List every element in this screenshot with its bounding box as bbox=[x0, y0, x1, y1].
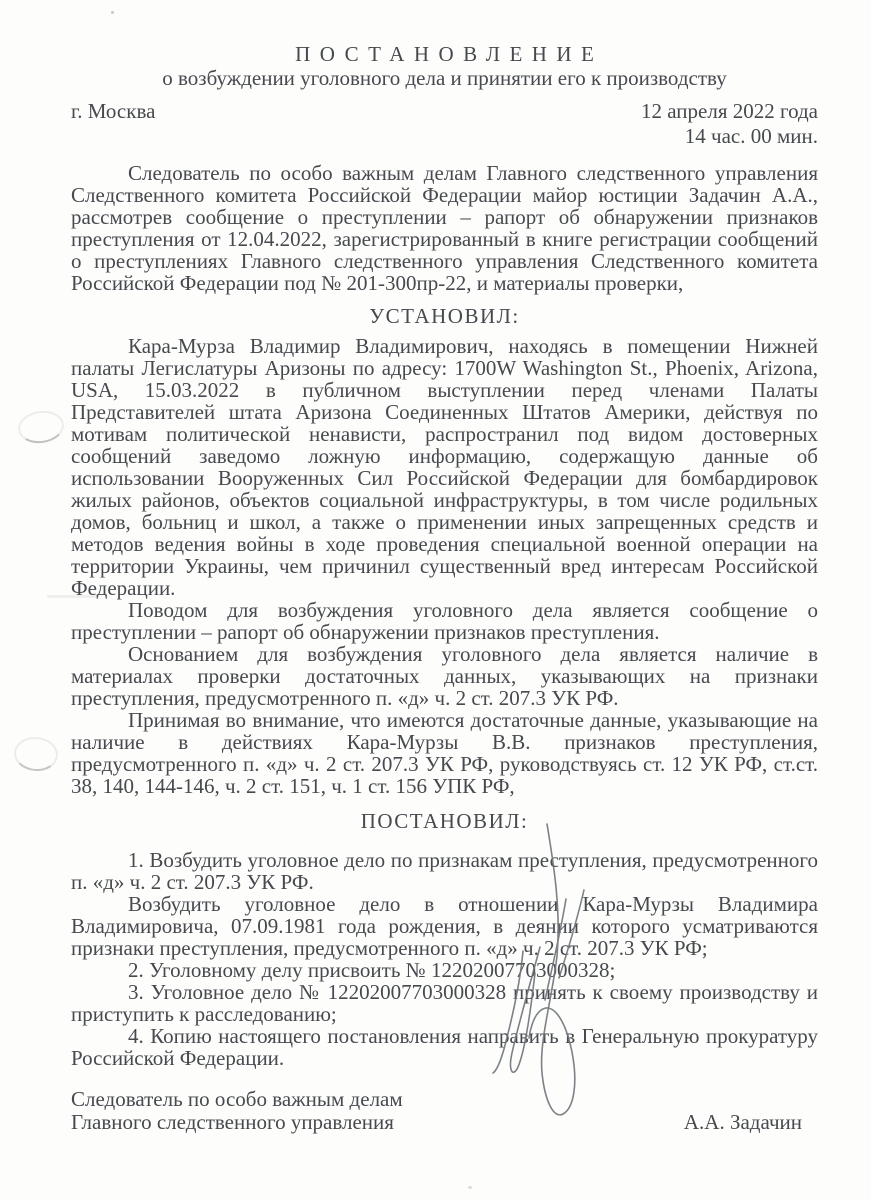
resolved-item: 4. Копию настоящего постановления направ… bbox=[71, 1025, 818, 1069]
signature-stroke bbox=[559, 890, 584, 978]
section-heading-established: УСТАНОВИЛ: bbox=[71, 305, 818, 327]
scan-speck-artifact bbox=[468, 1186, 472, 1189]
section-heading-resolved: ПОСТАНОВИЛ: bbox=[71, 810, 818, 832]
preamble-paragraph: Следователь по особо важным делам Главно… bbox=[71, 162, 818, 294]
signer-position-line2: Главного следственного управления bbox=[71, 1111, 403, 1134]
time-line: 14 час. 00 мин. bbox=[641, 124, 818, 149]
punch-hole-artifact bbox=[13, 735, 60, 773]
signer-position-line1: Следователь по особо важным делам bbox=[71, 1088, 403, 1111]
place-date-row: г. Москва 12 апреля 2022 года 14 час. 00… bbox=[71, 99, 818, 149]
signature-stroke bbox=[493, 951, 523, 1073]
handwritten-signature bbox=[480, 815, 600, 1135]
established-paragraph: Принимая во внимание, что имеются достат… bbox=[71, 709, 818, 797]
document-title: ПОСТАНОВЛЕНИЕ bbox=[80, 42, 818, 66]
established-paragraph: Основанием для возбуждения уголовного де… bbox=[71, 643, 818, 709]
datetime-block: 12 апреля 2022 года 14 час. 00 мин. bbox=[641, 99, 818, 149]
scan-speck-artifact bbox=[111, 11, 114, 14]
document-subtitle: о возбуждении уголовного дела и принятии… bbox=[71, 67, 818, 90]
established-paragraph: Кара-Мурза Владимир Владимирович, находя… bbox=[71, 335, 818, 599]
resolved-item: 1. Возбудить уголовное дело по признакам… bbox=[71, 849, 818, 893]
established-paragraph: Поводом для возбуждения уголовного дела … bbox=[71, 599, 818, 643]
punch-hole-artifact bbox=[16, 408, 66, 446]
document-content: ПОСТАНОВЛЕНИЕ о возбуждении уголовного д… bbox=[71, 42, 818, 1134]
signature-stroke bbox=[545, 899, 566, 1000]
scanned-document-page: ПОСТАНОВЛЕНИЕ о возбуждении уголовного д… bbox=[0, 0, 871, 1200]
signer-position: Следователь по особо важным делам Главно… bbox=[71, 1088, 403, 1134]
signature-loop-stroke bbox=[511, 947, 540, 1072]
date-line: 12 апреля 2022 года bbox=[641, 99, 818, 124]
place-label: г. Москва bbox=[71, 99, 155, 124]
signer-name: А.А. Задачин bbox=[684, 1111, 818, 1134]
resolved-item: 2. Уголовному делу присвоить № 122020077… bbox=[71, 959, 818, 981]
resolved-item: 3. Уголовное дело № 12202007703000328 пр… bbox=[71, 981, 818, 1025]
resolved-item: Возбудить уголовное дело в отношении Кар… bbox=[71, 893, 818, 959]
scan-smudge-artifact bbox=[47, 595, 99, 598]
signature-block: Следователь по особо важным делам Главно… bbox=[71, 1088, 818, 1134]
